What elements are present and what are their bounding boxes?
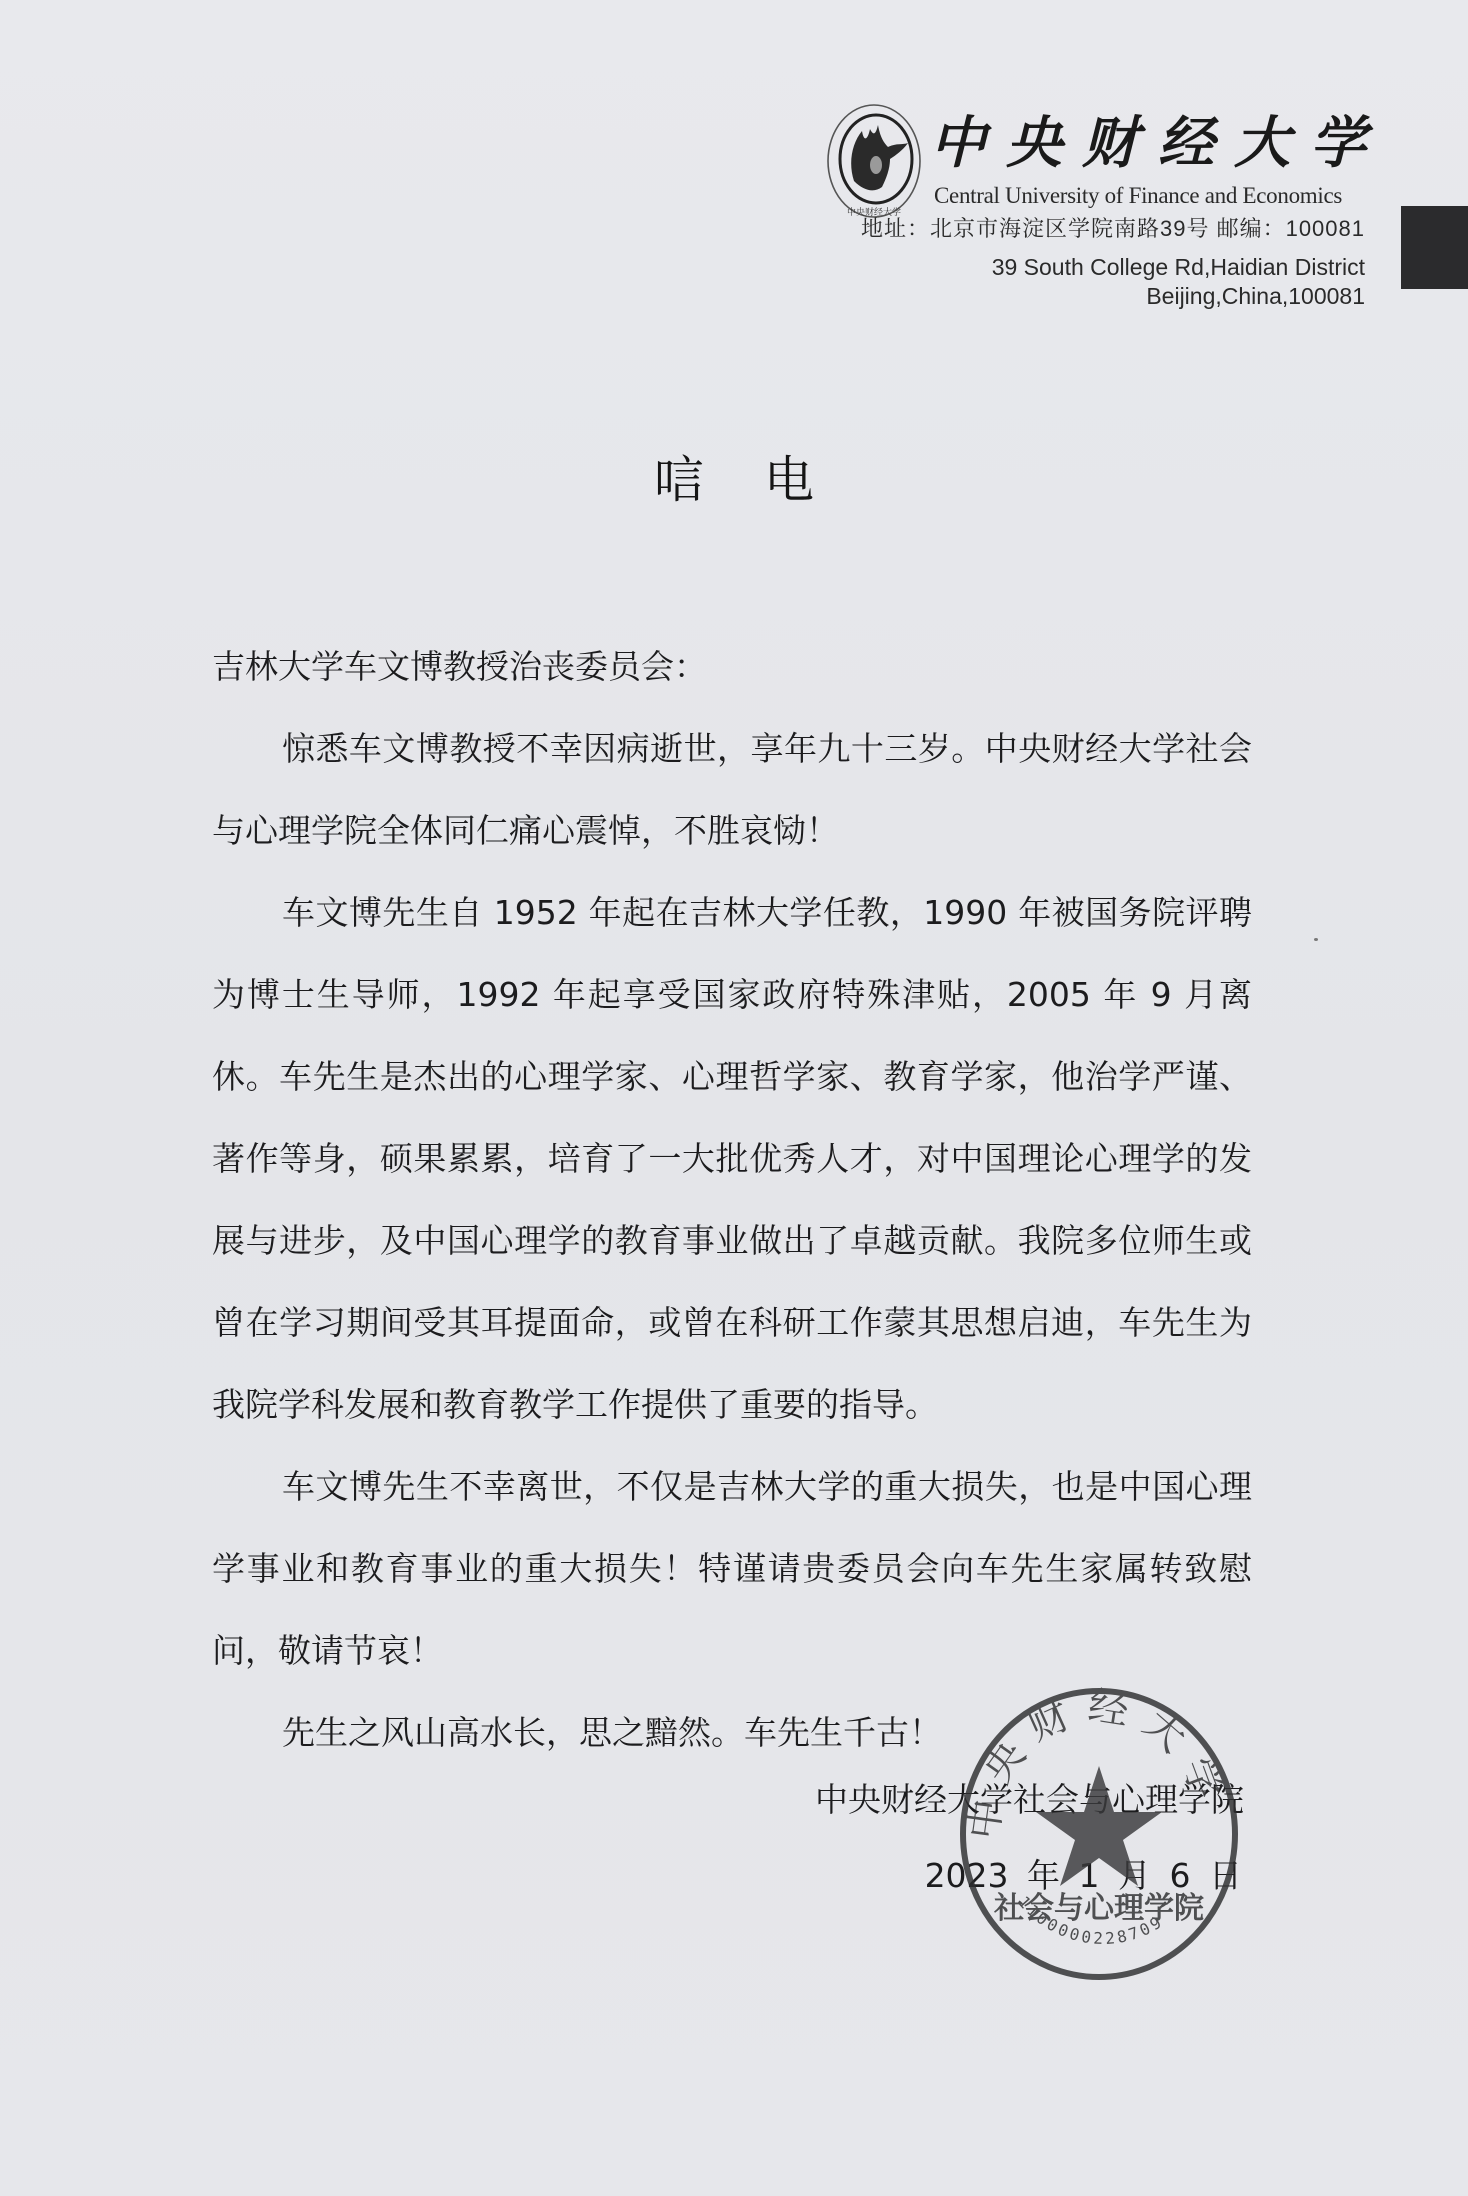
- edge-tab-marker: [1401, 206, 1468, 289]
- paragraph-condolence: 惊悉车文博教授不幸因病逝世，享年九十三岁。中央财经大学社会与心理学院全体同仁痛心…: [212, 708, 1252, 872]
- address-cn: 地址：北京市海淀区学院南路39号 邮编：100081: [861, 214, 1365, 244]
- letter-page: 中央财经大学 中央财经大学 Central University of Fina…: [0, 0, 1468, 2196]
- paragraph-loss: 车文博先生不幸离世，不仅是吉林大学的重大损失，也是中国心理学事业和教育事业的重大…: [212, 1446, 1252, 1692]
- university-name-cn: 中央财经大学: [930, 110, 1370, 176]
- letter-body: 吉林大学车文博教授治丧委员会： 惊悉车文博教授不幸因病逝世，享年九十三岁。中央财…: [212, 626, 1252, 1774]
- paragraph-biography: 车文博先生自 1952 年起在吉林大学任教，1990 年被国务院评聘为博士生导师…: [212, 872, 1252, 1446]
- university-name-en: Central University of Finance and Econom…: [934, 182, 1342, 210]
- address-en-line1: 39 South College Rd,Haidian District: [992, 253, 1365, 281]
- address-en-line2: Beijing,China,100081: [1146, 282, 1365, 310]
- paper-speck: [1314, 938, 1318, 941]
- salutation: 吉林大学车文博教授治丧委员会：: [212, 626, 1252, 708]
- official-seal-icon: 中央财经大学 社会与心理学院 1100000228709: [958, 1686, 1240, 1982]
- university-logo-icon: 中央财经大学: [826, 103, 922, 223]
- document-title: 唁电: [0, 448, 1468, 512]
